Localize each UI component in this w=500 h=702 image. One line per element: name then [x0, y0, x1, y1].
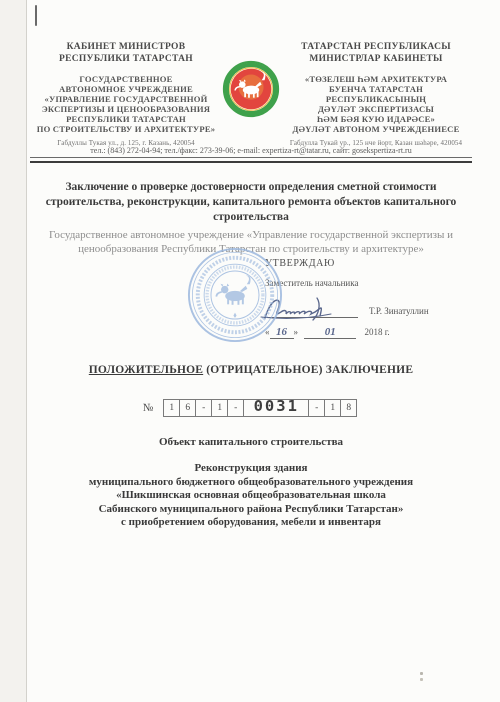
header-divider-rule [30, 157, 472, 163]
number-cell: 6 [179, 399, 196, 417]
organization-name-tt: «ТӨЗЕЛЕШ ҺӘМ АРХИТЕКТУРА БУЕНЧА ТАТАРСТА… [280, 74, 472, 134]
number-cell: 8 [340, 399, 357, 417]
letterhead: КАБИНЕТ МИНИСТРОВ РЕСПУБЛИКИ ТАТАРСТАН Г… [30, 42, 472, 147]
organization-name-ru: ГОСУДАРСТВЕННОЕ АВТОНОМНОЕ УЧРЕЖДЕНИЕ «У… [30, 74, 222, 134]
ministry-name-ru: КАБИНЕТ МИНИСТРОВ РЕСПУБЛИКИ ТАТАРСТАН [30, 42, 222, 65]
scan-artifact-mark [35, 5, 37, 26]
number-cell: 1 [324, 399, 341, 417]
approval-date: «16» 01 2018 г. [265, 326, 455, 342]
signature-icon [251, 290, 371, 324]
quote-close: » [294, 327, 299, 337]
signer-name: Т.Р. Зинатуллин [369, 306, 429, 316]
date-year: 2018 г. [365, 327, 390, 337]
conclusion-heading: ПОЛОЖИТЕЛЬНОЕ (ОТРИЦАТЕЛЬНОЕ) ЗАКЛЮЧЕНИЕ [30, 364, 472, 376]
approve-label: УТВЕРЖДАЮ [265, 258, 455, 269]
number-cell: - [227, 399, 244, 417]
conclusion-positive-word: ПОЛОЖИТЕЛЬНОЕ [89, 364, 203, 376]
number-cell: 1 [163, 399, 180, 417]
scanned-document-page: КАБИНЕТ МИНИСТРОВ РЕСПУБЛИКИ ТАТАРСТАН Г… [0, 0, 500, 702]
object-description-line: муниципального бюджетного общеобразовате… [20, 476, 482, 490]
issuing-organization: Государственное автономное учреждение «У… [18, 229, 484, 256]
date-day-handwritten: 16 [270, 326, 294, 339]
conclusion-rest: (ОТРИЦАТЕЛЬНОЕ) ЗАКЛЮЧЕНИЕ [203, 364, 413, 376]
object-description-line: Сабинского муниципального района Республ… [20, 503, 482, 517]
stamped-number: 0031 [254, 397, 299, 415]
letterhead-right-tatar: ТАТАРСТАН РЕСПУБЛИКАСЫ МИНИСТРЛАР КАБИНЕ… [280, 42, 472, 147]
conclusion-number-row: № 1 6 - 1 - 0031 - 1 8 [0, 399, 500, 417]
scan-page-edge [26, 0, 27, 702]
object-description-line: Реконструкция здания [20, 462, 482, 476]
signer-position: Заместитель начальника [265, 278, 455, 288]
object-section-heading: Объект капитального строительства [30, 436, 472, 448]
date-month-handwritten: 01 [304, 326, 356, 339]
number-cells: 1 6 - 1 - 0031 - 1 8 [163, 399, 357, 417]
object-description-line: с приобретением оборудования, мебели и и… [20, 516, 482, 530]
number-sign: № [143, 402, 154, 414]
number-cell: - [195, 399, 212, 417]
object-description: Реконструкция здания муниципального бюдж… [20, 462, 482, 530]
document-title: Заключение о проверке достоверности опре… [30, 180, 472, 225]
contact-line: тел.: (843) 272-04-94; тел./факс: 273-39… [30, 146, 472, 155]
ministry-name-tt: ТАТАРСТАН РЕСПУБЛИКАСЫ МИНИСТРЛАР КАБИНЕ… [280, 42, 472, 65]
number-cell: 1 [211, 399, 228, 417]
letterhead-left-russian: КАБИНЕТ МИНИСТРОВ РЕСПУБЛИКИ ТАТАРСТАН Г… [30, 42, 222, 147]
object-description-line: «Шикшинская основная общеобразовательная… [20, 489, 482, 503]
scan-left-strip [0, 0, 26, 702]
signature-row: Т.Р. Зинатуллин [265, 296, 455, 322]
number-cell: - [308, 399, 325, 417]
tatarstan-emblem-icon [222, 42, 280, 147]
approval-block: УТВЕРЖДАЮ Заместитель начальника Т.Р. Зи… [265, 258, 455, 342]
number-cell-stamped: 0031 [243, 399, 309, 417]
scan-noise-dots [420, 672, 423, 675]
